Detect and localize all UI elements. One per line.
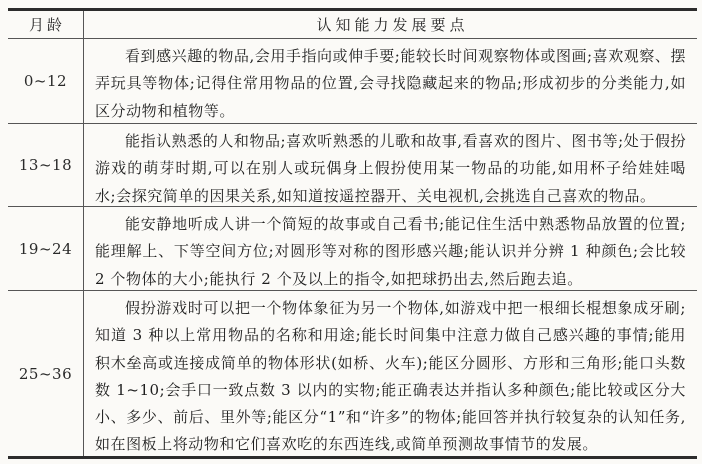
milestone-cell: 能指认熟悉的人和物品;喜欢听熟悉的儿歌和故事,看喜欢的图片、图书等;处于假扮游戏… <box>84 124 697 206</box>
table-header-row: 月龄 认知能力发展要点 <box>8 11 697 39</box>
milestone-text: 能指认熟悉的人和物品;喜欢听熟悉的儿歌和故事,看喜欢的图片、图书等;处于假扮游戏… <box>84 124 697 210</box>
age-range-cell: 25~36 <box>8 291 84 456</box>
milestone-text: 假扮游戏时可以把一个物体象征为另一个物体,如游戏中把一根细长棍想象成牙刷;知道 … <box>84 291 697 459</box>
scanned-document-page: { "document": { "table": { "header": { "… <box>0 0 702 464</box>
milestones-table: 月龄 认知能力发展要点 0~12 看到感兴趣的物品,会用手指向或伸手要;能较长时… <box>8 8 697 459</box>
table-row: 13~18 能指认熟悉的人和物品;喜欢听熟悉的儿歌和故事,看喜欢的图片、图书等;… <box>8 124 697 207</box>
milestone-cell: 假扮游戏时可以把一个物体象征为另一个物体,如游戏中把一根细长棍想象成牙刷;知道 … <box>84 291 697 456</box>
age-range-cell: 19~24 <box>8 207 84 290</box>
header-age-column: 月龄 <box>8 11 84 38</box>
age-range-cell: 0~12 <box>8 39 84 123</box>
milestone-cell: 能安静地听成人讲一个简短的故事或自己看书;能记住生活中熟悉物品放置的位置;能理解… <box>84 207 697 290</box>
table-row: 0~12 看到感兴趣的物品,会用手指向或伸手要;能较长时间观察物体或图画;喜欢观… <box>8 39 697 124</box>
header-content-column: 认知能力发展要点 <box>84 11 697 38</box>
age-range-cell: 13~18 <box>8 124 84 206</box>
table-row: 25~36 假扮游戏时可以把一个物体象征为另一个物体,如游戏中把一根细长棍想象成… <box>8 291 697 456</box>
milestone-cell: 看到感兴趣的物品,会用手指向或伸手要;能较长时间观察物体或图画;喜欢观察、摆弄玩… <box>84 39 697 123</box>
milestone-text: 能安静地听成人讲一个简短的故事或自己看书;能记住生活中熟悉物品放置的位置;能理解… <box>84 207 697 293</box>
table-row: 19~24 能安静地听成人讲一个简短的故事或自己看书;能记住生活中熟悉物品放置的… <box>8 207 697 291</box>
milestone-text: 看到感兴趣的物品,会用手指向或伸手要;能较长时间观察物体或图画;喜欢观察、摆弄玩… <box>84 39 697 125</box>
